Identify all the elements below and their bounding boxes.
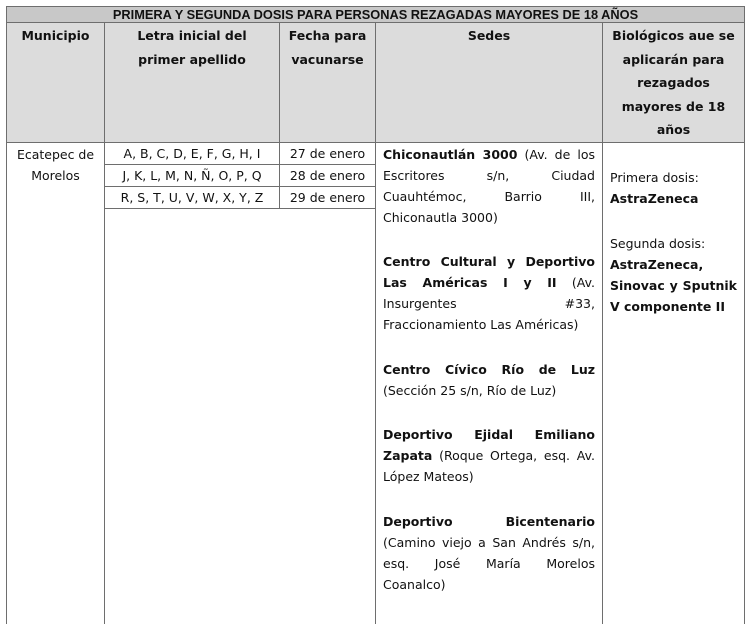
letras-cell: A, B, C, D, E, F, G, H, I: [105, 142, 280, 164]
vaccination-schedule-table: PRIMERA Y SEGUNDA DOSIS PARA PERSONAS RE…: [6, 6, 744, 624]
fecha-cell: 29 de enero: [280, 186, 376, 208]
sedes-cell: Chiconautlán 3000 (Av. de los Escritores…: [376, 142, 603, 624]
sede-item: Centro Cívico Río de Luz (Sección 25 s/n…: [383, 359, 595, 401]
header-fecha: Fecha para vacunarse: [280, 23, 376, 143]
sede-item: Deportivo Bicentenario (Camino viejo a S…: [383, 511, 595, 595]
sede-item: Chiconautlán 3000 (Av. de los Escritores…: [383, 144, 595, 228]
sede-address: (Camino viejo a San Andrés s/n, esq. Jos…: [383, 535, 595, 592]
sede-item: Deportivo Ejidal Emiliano Zapata (Roque …: [383, 424, 595, 487]
primera-dosis-label: Primera dosis:: [610, 167, 737, 188]
municipio-cell: Ecatepec de Morelos: [7, 142, 105, 624]
table-title: PRIMERA Y SEGUNDA DOSIS PARA PERSONAS RE…: [7, 7, 745, 23]
letras-cell: R, S, T, U, V, W, X, Y, Z: [105, 186, 280, 208]
empty-merged-cell: [105, 208, 376, 624]
table-row: Ecatepec de Morelos A, B, C, D, E, F, G,…: [7, 142, 745, 164]
sede-item: Centro Cultural y Deportivo Las Américas…: [383, 251, 595, 335]
sede-name: Deportivo Bicentenario: [383, 514, 595, 529]
sede-name: Centro Cívico Río de Luz: [383, 362, 595, 377]
header-municipio: Municipio: [7, 23, 105, 143]
fecha-cell: 27 de enero: [280, 142, 376, 164]
primera-dosis-value: AstraZeneca: [610, 188, 737, 209]
segunda-dosis-value: AstraZeneca, Sinovac y Sputnik V compone…: [610, 254, 737, 317]
sede-address: (Sección 25 s/n, Río de Luz): [383, 383, 556, 398]
header-biologicos: Biológicos aue se aplicarán para rezagad…: [603, 23, 745, 143]
letras-cell: J, K, L, M, N, Ñ, O, P, Q: [105, 164, 280, 186]
segunda-dosis-label: Segunda dosis:: [610, 233, 737, 254]
header-letra: Letra inicial del primer apellido: [105, 23, 280, 143]
biologicos-cell: Primera dosis: AstraZeneca Segunda dosis…: [603, 142, 745, 624]
sede-name: Centro Cultural y Deportivo Las Américas…: [383, 254, 595, 290]
fecha-cell: 28 de enero: [280, 164, 376, 186]
sede-name: Chiconautlán 3000: [383, 147, 517, 162]
header-sedes: Sedes: [376, 23, 603, 143]
